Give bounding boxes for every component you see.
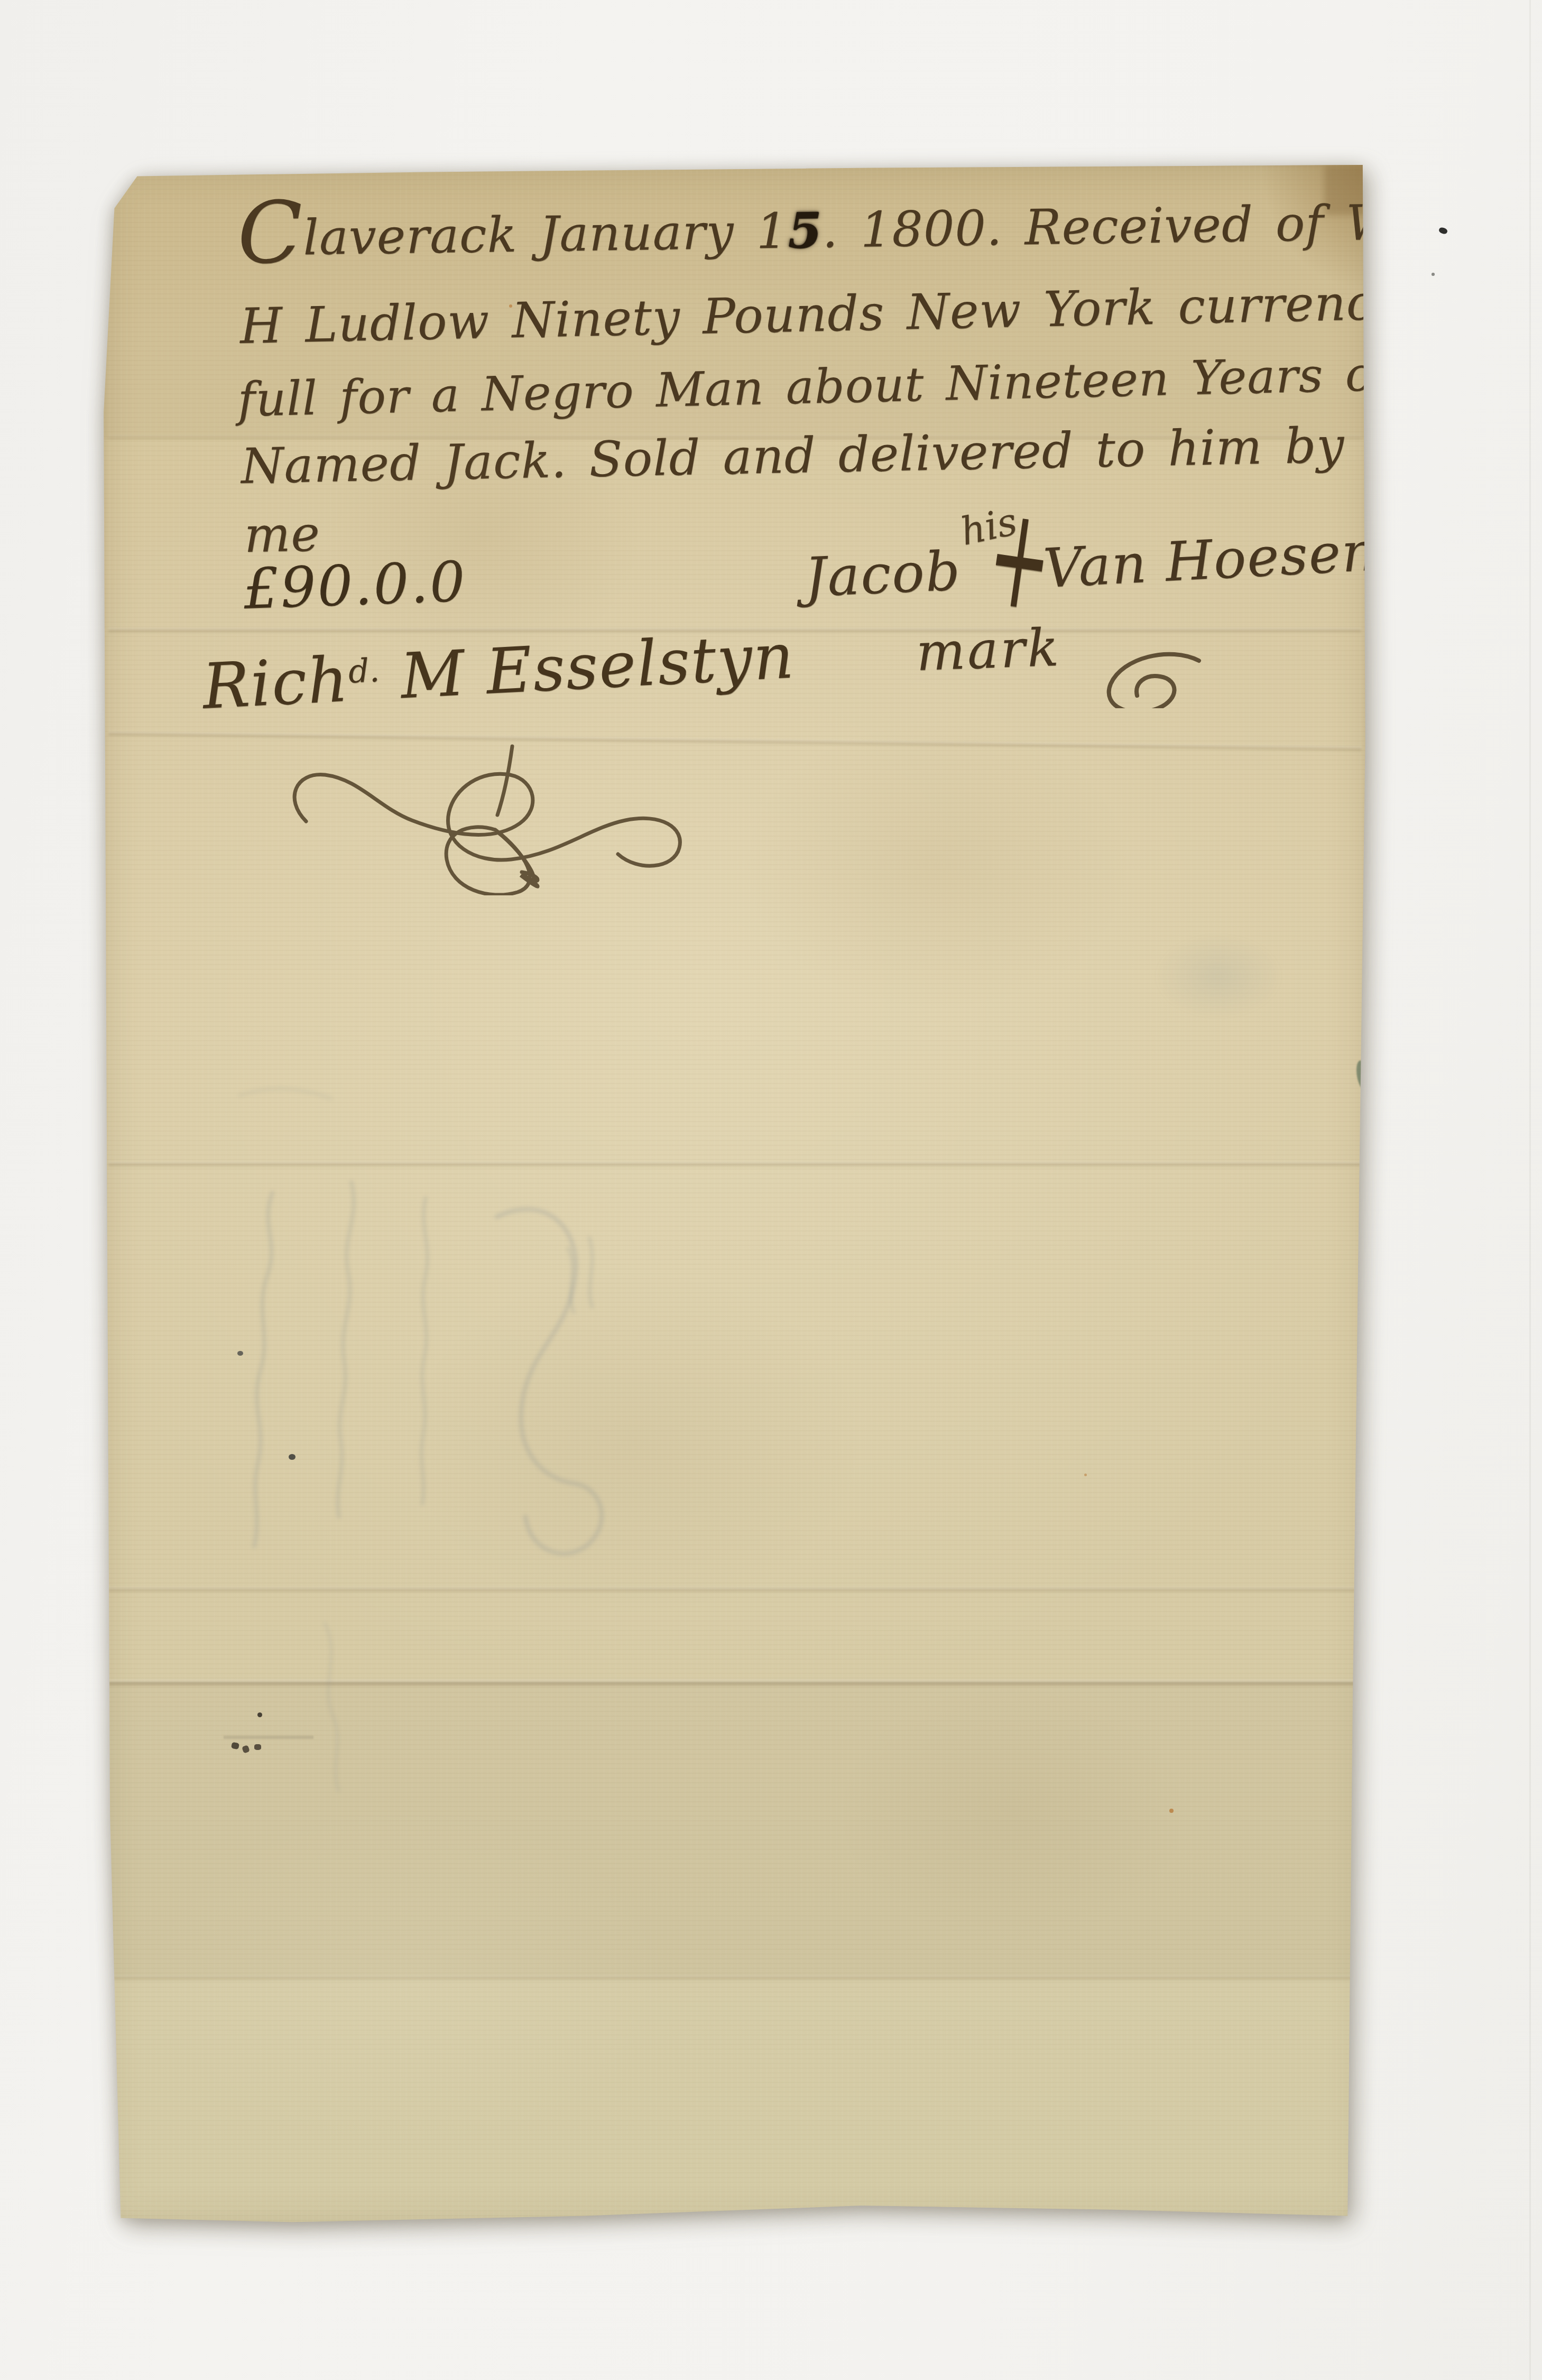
signature-paraph-flourish	[273, 742, 696, 895]
ink-speck	[257, 1712, 262, 1717]
background-speck	[1432, 273, 1435, 276]
ink-speck	[242, 1745, 250, 1753]
receipt-line-place-date: Claverack January 15. 1800. Received of …	[237, 192, 1537, 267]
fold-crease	[108, 731, 1362, 752]
orange-fleck	[509, 304, 512, 308]
flourished-capital: C	[237, 233, 303, 234]
fold-crease	[108, 435, 1362, 440]
paper-tone-band	[103, 165, 1366, 440]
green-edge-speck	[1354, 1060, 1371, 1092]
corner-stain	[1245, 165, 1366, 308]
receipt-line-5: me	[244, 506, 321, 563]
mark-tail-flourish	[1091, 649, 1204, 708]
ink-speck	[231, 1742, 239, 1750]
receipt-document: Claverack January 15. 1800. Received of …	[103, 165, 1366, 2226]
mark-word: mark	[915, 618, 1061, 683]
scanner-edge-seam	[1529, 0, 1531, 2380]
faint-smudge-line	[224, 1736, 313, 1739]
gray-smudge	[1134, 921, 1303, 1032]
paper-tone-band	[103, 1682, 1366, 1978]
his-mark-cross: +	[978, 474, 1062, 644]
receipt-line-3: full for a Negro Man about Nineteen Year…	[237, 344, 1502, 427]
paper-sheet: Claverack January 15. 1800. Received of …	[103, 165, 1366, 2226]
seller-first-name: Jacob	[804, 540, 962, 609]
fold-crease	[108, 1680, 1362, 1686]
receipt-line-2: H Ludlow Ninety Pounds New York currency…	[239, 272, 1473, 355]
dark-dot	[289, 1454, 296, 1460]
dark-dot	[237, 1351, 243, 1356]
paper-tone-band	[103, 1979, 1366, 2226]
witness-signature: Richd. M Esselstyn	[201, 619, 796, 723]
fold-crease	[108, 1587, 1362, 1592]
bleed-through-writing	[103, 165, 1366, 2226]
scanned-receipt-page: Claverack January 15. 1800. Received of …	[0, 0, 1542, 2380]
orange-fleck	[1169, 1809, 1174, 1813]
fold-crease	[108, 628, 1362, 633]
orange-fleck	[1084, 1474, 1087, 1476]
amount-pounds: £90.0.0	[243, 549, 468, 622]
his-word: his	[957, 499, 1021, 554]
receipt-line-4: Named Jack. Sold and delivered to him by	[241, 417, 1345, 495]
fold-crease	[108, 1162, 1362, 1166]
fold-crease	[108, 1976, 1362, 1980]
superscript-d: d.	[347, 652, 380, 691]
corner-stain-dark	[1324, 165, 1366, 215]
seller-surname: Van Hoesen	[1042, 520, 1379, 600]
background-speck	[1438, 227, 1448, 235]
ink-speck	[254, 1744, 261, 1750]
blotted-day-number: 5	[787, 202, 823, 260]
